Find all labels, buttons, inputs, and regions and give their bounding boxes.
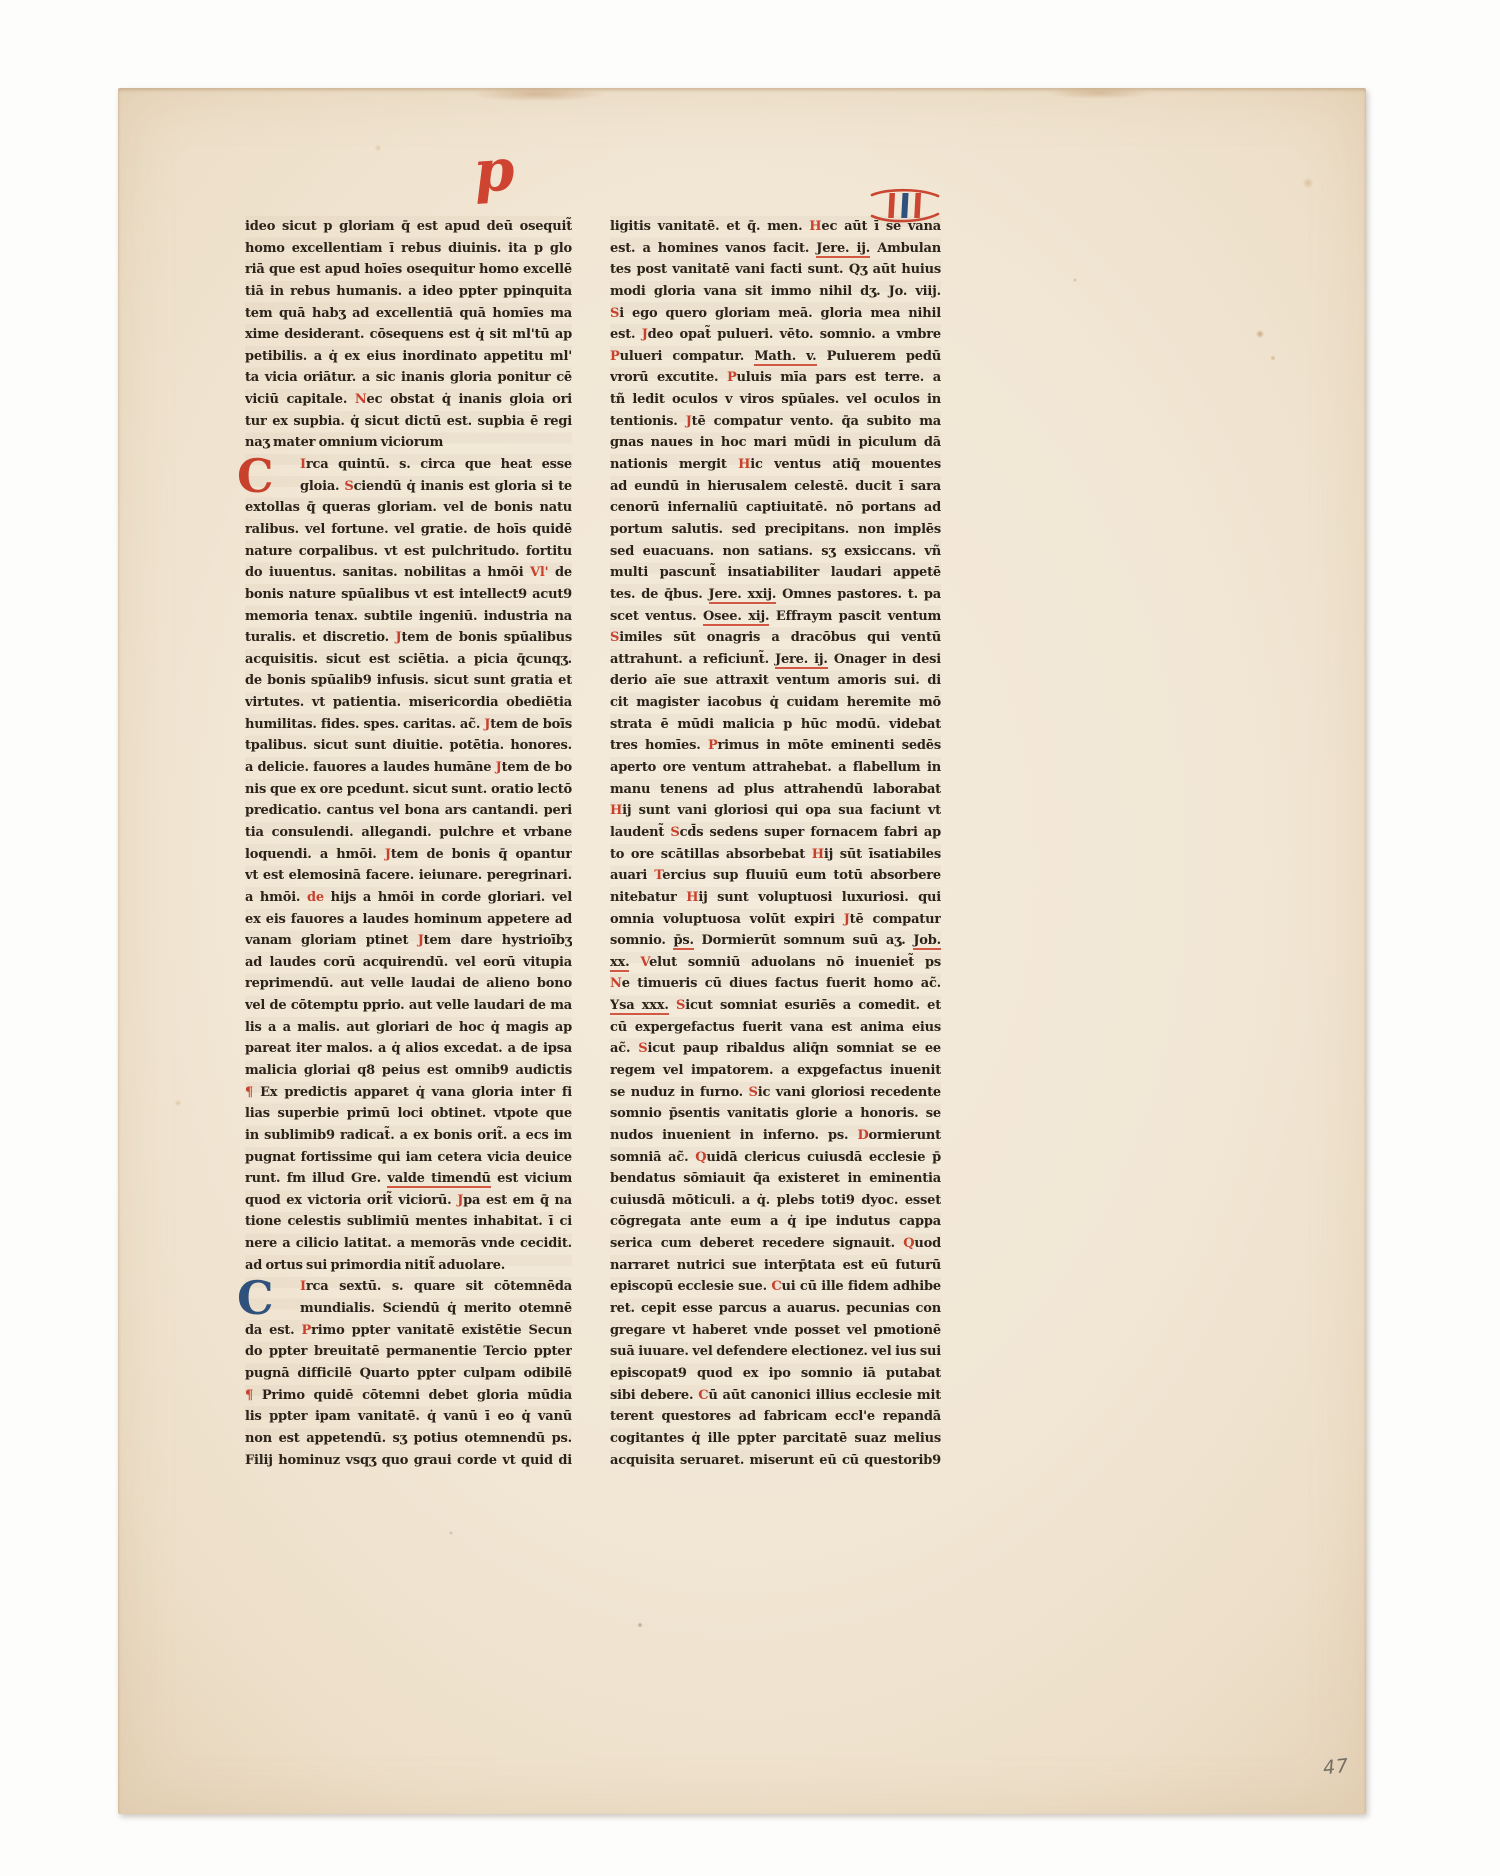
text-run: pugnat fortissime qui iam cetera vicia d… (245, 1150, 572, 1165)
text-line: Similes sūt onagris a dracōbus qui ven… (610, 627, 941, 649)
text-line: malicia gloriai q8 peius est omnib9 audi… (245, 1060, 572, 1082)
text-line: petibilis. a q̇ ex eius inordinato appet… (245, 346, 572, 368)
text-run: ciendū q̇ inanis est gloria si te (354, 479, 572, 494)
rubricated-run: S (676, 998, 685, 1013)
rubricated-run: Jere. ij. (775, 652, 828, 669)
rubricated-run: Job. (913, 933, 941, 950)
text-line: gloia. Sciendū q̇ inanis est gloria si … (300, 476, 572, 498)
rubricated-run: Math. v. (754, 349, 816, 366)
rubricated-run: H (809, 219, 821, 234)
rubricated-run: Osee. xij. (703, 609, 769, 626)
text-run: Omnes pastores. t. pa (776, 587, 941, 602)
text-line: do ppter breuitatē permanentie Tercio p… (245, 1341, 572, 1363)
rubricated-run: S (344, 479, 353, 494)
text-run: ad eundū in hierusalem celestē. ducit … (610, 479, 941, 494)
text-run: do ppter breuitatē permanentie Tercio p… (245, 1344, 572, 1359)
text-run: nudos inuenient in inferno. ps. (610, 1128, 857, 1143)
rubricated-run: valde timendū (387, 1171, 490, 1188)
text-run: ij sunt voluptuosi luxuriosi. qui (698, 890, 941, 905)
text-run: a hmōi. (245, 890, 307, 905)
text-run: se nuduz in furno. (610, 1085, 749, 1100)
rubricated-run: ¶ (245, 1085, 260, 1100)
text-line: tur ex supbia. q̇ sicut dictū est. supb… (245, 411, 572, 433)
drop-cap-initial: C (237, 455, 273, 497)
text-line: vanam gloriam ptinet Jtem dare hystrioī… (245, 930, 572, 952)
text-run: rimo ppter vanitatē existētie Secun (311, 1323, 572, 1338)
text-run: gregare vt haberet vnde posset vel pmoti… (610, 1323, 941, 1338)
text-line: mundialis. Sciendū q̇ merito otemnē (300, 1298, 572, 1320)
rubricated-run: Vl' (530, 565, 548, 580)
text-run: cd̄s sedens super fornacem fabri ap (680, 825, 941, 840)
text-run: tpalibus. sicut sunt diuitie. potētia. … (245, 738, 572, 753)
text-run: attrahunt. a reficiunt̃. (610, 652, 775, 667)
text-run: ligitis vanitatē. et q̄. men. (610, 219, 809, 234)
text-run: multi pascunt̃ insatiabiliter laudari ap… (610, 565, 941, 580)
rubricated-run: P (708, 738, 718, 753)
text-run: somniā ac̃. (610, 1150, 695, 1165)
text-line: homo excellentiam ī rebus diuinis. ita … (245, 238, 572, 260)
text-line: ad eundū in hierusalem celestē. ducit … (610, 476, 941, 498)
text-run: serica cum deberet recedere signauit. (610, 1236, 903, 1251)
text-run: uidā clericus cuiusdā ecclesie p̄ (706, 1150, 941, 1165)
text-line: ret. cepit esse parcus a auarus. pecunia… (610, 1298, 941, 1320)
text-line: ideo sicut p gloriam q̄ est apud deū os… (245, 216, 572, 238)
text-run: rca quintū. s. circa que heat esse inan… (300, 457, 572, 476)
rubricated-run: P (727, 370, 737, 385)
text-line: Hij sunt vani gloriosi qui opa sua faciu… (610, 800, 941, 822)
text-run: a delicie. fauores a laudes humāne (245, 760, 496, 775)
rubricated-run: S (610, 306, 619, 321)
text-line: ac̃. Sicut paup ribaldus aliq̄n somniat … (610, 1038, 941, 1060)
text-line: da est. Primo ppter vanitatē existētie… (245, 1320, 572, 1342)
text-run: de bonis spūalib9 infusis. sicut sunt g… (245, 673, 572, 688)
text-line: nis que ex ore pcedunt. sicut sunt. orat… (245, 779, 572, 801)
text-run: manu tenens ad plus attrahendū laboraba… (610, 782, 941, 797)
text-run: icut somniat esuriēs a comedit. et (685, 998, 941, 1013)
text-run: cogitantes q̇ ille ppter parcitatē suaz… (610, 1431, 941, 1446)
rubricated-run: S (610, 630, 619, 645)
text-run: imiles sūt onagris a dracōbus qui vent… (619, 630, 941, 645)
text-run: suā iuuare. vel defendere electionez. v… (610, 1344, 941, 1359)
rubricated-run: Jere. ij. (816, 241, 870, 258)
text-run: homo excellentiam ī rebus diuinis. ita … (245, 241, 572, 256)
text-run: tem dare hystrioībʒ (424, 933, 572, 948)
text-run: ic ventus atiq̄ mouentes (750, 457, 941, 472)
text-run: ui cū ille fidem adhibe (781, 1279, 941, 1294)
text-run: riā que est apud hoīes osequitur homo … (245, 262, 572, 277)
text-run: portum salutis. sed precipitans. non imp… (610, 522, 941, 537)
text-run: elut somniū aduolans nō inueniet̃ ps (649, 955, 941, 970)
text-run: terent questores ad fabricam eccl'e repa… (610, 1409, 941, 1424)
text-run: tem de bo (502, 760, 572, 775)
rubricated-run: C (771, 1279, 781, 1294)
text-run: somnio p̄sentis vanitatis glorie a honor… (610, 1106, 941, 1121)
text-line: tres homīes. Primus in mōte eminenti s… (610, 735, 941, 757)
text-run: pa est em q̄ na (463, 1193, 572, 1208)
text-column-right: ligitis vanitatē. et q̄. men. Hec aūt … (610, 216, 941, 1471)
text-run: reprimendū. aut velle laudai de alieno … (245, 976, 572, 991)
text-line: naʒ mater omnium viciorum (245, 432, 572, 454)
text-run: malicia gloriai q8 peius est omnib9 audi… (245, 1063, 572, 1078)
text-run: pugnā difficilē Quarto ppter culpam od… (245, 1366, 572, 1381)
text-line: somniā ac̃. Quidā clericus cuiusdā ec… (610, 1147, 941, 1169)
text-line: non est appetendū. sʒ potius otemnendū… (245, 1428, 572, 1450)
text-line: modi gloria vana sit immo nihil dʒ. Jo. … (610, 281, 941, 303)
text-run: ic vani gloriosi recedente (758, 1085, 941, 1100)
rubricated-run: V (640, 955, 649, 970)
text-line: do iuuentus. sanitas. nobilitas a hmōi … (245, 562, 572, 584)
text-line: regem vel impatorem. a expgefactus inuen… (610, 1060, 941, 1082)
text-run: hijs a hmōi in corde gloriari. vel (324, 890, 572, 905)
text-run: cit magister iacobus q̇ cuidam heremite … (610, 695, 941, 710)
text-run: est vicium (491, 1171, 572, 1186)
text-line: Filij hominuz vsqʒ quo graui corde vt qu… (245, 1450, 572, 1472)
text-run: tem quā habʒ ad excellentiā quā homī… (245, 306, 572, 321)
text-run: ū aūt canonici illius ecclesie mit (708, 1388, 941, 1403)
text-run: tē compatur vento. q̄a subito ma (692, 414, 941, 429)
text-line: a delicie. fauores a laudes humāne Jtem… (245, 757, 572, 779)
text-run: acquisitis. sicut est sciētia. a picia … (245, 652, 572, 667)
text-line: ex eis fauores a laudes hominum appetere… (245, 909, 572, 931)
text-line: vel de cōtemptu pprio. aut velle laudar… (245, 995, 572, 1017)
text-run: ulueri compatur. (620, 349, 755, 364)
rubricated-run: H (610, 803, 622, 818)
text-run: tē compatur (850, 912, 941, 927)
text-run: Filij hominuz vsqʒ quo graui corde vt qu… (245, 1453, 572, 1468)
headline-signature-letter: p (472, 138, 537, 212)
text-run: ij sunt vani gloriosi qui opa sua faciun… (622, 803, 941, 818)
text-line: Irca sextū. s. quare sit cōtemnēda gl… (300, 1276, 572, 1298)
text-line: turalis. et discretio. Jtem de bonis spu… (245, 627, 572, 649)
text-run: laudent̃ (610, 825, 670, 840)
text-run: somnio. (610, 933, 673, 948)
text-column-left: ideo sicut p gloriam q̄ est apud deū os… (245, 216, 572, 1471)
rubricated-run: C (698, 1388, 708, 1403)
rubricated-run: de (307, 890, 324, 905)
text-run: auari (610, 868, 654, 883)
text-line: se nuduz in furno. Sic vani gloriosi rec… (610, 1082, 941, 1104)
text-line: strata ē mūdi malicia p hūc modū. vi… (610, 714, 941, 736)
text-run: viciū capitale. (245, 392, 355, 407)
text-line: laudent̃ Scd̄s sedens super fornacem fab… (610, 822, 941, 844)
text-run: cenorū infernaliū captiuitatē. nō po… (610, 500, 941, 515)
text-line: ad laudes corū acquirendū. vel eorū v… (245, 952, 572, 974)
rubricated-run: Ysa xxx. (610, 998, 669, 1015)
text-line: vrorū excutite. Puluis mīa pars est te… (610, 367, 941, 389)
text-line: de bonis spūalib9 infusis. sicut sunt g… (245, 670, 572, 692)
rubricated-run: p̄s. (673, 933, 693, 950)
text-line: virtutes. vt patientia. misericordia obe… (245, 692, 572, 714)
text-line: cuiusdā mōticuli. a q̇. plebs toti9 dy… (610, 1190, 941, 1212)
text-run: predicatio. cantus vel bona ars cantandi… (245, 803, 572, 818)
text-run: ta vicia oriātur. a sic inanis gloria p… (245, 370, 572, 385)
text-line: sibi debere. Cū aūt canonici illius ec… (610, 1385, 941, 1407)
text-line: xx. Velut somniū aduolans nō inueniet̃… (610, 952, 941, 974)
text-line: est. Jdeo opat̃ pulueri. vēto. somnio. … (610, 324, 941, 346)
text-run: bonis nature spūalibus vt est intellect… (245, 587, 572, 602)
text-line: tes. de q̄bus. Jere. xxij. Omnes pastore… (610, 584, 941, 606)
text-run: acquisita seruaret. miserunt eū cū que… (610, 1453, 941, 1468)
text-run: lis ppter ipam vanitatē. q̇ vanū ī eo… (245, 1409, 572, 1424)
text-line: multi pascunt̃ insatiabiliter laudari ap… (610, 562, 941, 584)
text-line: pugnā difficilē Quarto ppter culpam od… (245, 1363, 572, 1385)
text-run: gloia. (300, 479, 344, 494)
text-run: episcopat9 quod ex ipo somnio iā putaba… (610, 1366, 941, 1381)
rubricated-run: H (738, 457, 750, 472)
text-run: virtutes. vt patientia. misericordia obe… (245, 695, 572, 710)
text-run: nitebatur (610, 890, 686, 905)
rubricated-run: H (686, 890, 698, 905)
initial-block: CIrca quintū. s. circa que heat esse in… (245, 454, 572, 497)
text-line: Si ego quero gloriam meā. gloria mea ni… (610, 303, 941, 325)
text-line: ¶ Ex predictis apparet q̇ vana gloria in… (245, 1082, 572, 1104)
text-line: cenorū infernaliū captiuitatē. nō po… (610, 497, 941, 519)
text-run: loquendi. a hmōi. (245, 847, 385, 862)
text-run: ormierunt (869, 1128, 941, 1143)
text-line: gregare vt haberet vnde posset vel pmoti… (610, 1320, 941, 1342)
text-line: ligitis vanitatē. et q̄. men. Hec aūt … (610, 216, 941, 238)
text-run: e timueris cū diues factus fuerit homo … (622, 976, 941, 991)
text-line: gnas naues in hoc mari mūdi in piculum … (610, 432, 941, 454)
text-line: nudos inuenient in inferno. ps. Dormieru… (610, 1125, 941, 1147)
text-line: to ore scātillas absorbebat Hij sūt ī… (610, 844, 941, 866)
text-line: narraret nutrici sue interp̄tata est eū… (610, 1255, 941, 1277)
text-line: tione celestis sublimiū mentes inhabita… (245, 1211, 572, 1233)
text-line: cōgregata ante eum a q̇ ipe indutus cap… (610, 1211, 941, 1233)
text-run: sed euacuans. non satians. sʒ exsiccans.… (610, 544, 941, 559)
text-line: auari Tercius sup fluuiū eum totū abso… (610, 865, 941, 887)
text-run: episcopū ecclesie sue. (610, 1279, 771, 1294)
text-run: tem de bonis q̄ opantur (391, 847, 572, 862)
text-run: tñ ledit oculos v viros spūales. vel o… (610, 392, 941, 407)
text-line: Ysa xxx. Sicut somniat esuriēs a comedi… (610, 995, 941, 1017)
text-run: to ore scātillas absorbebat (610, 847, 812, 862)
text-run: mundialis. Sciendū q̇ merito otemnē (300, 1301, 572, 1316)
text-run: Puluerem pedū (817, 349, 941, 364)
text-line: episcopat9 quod ex ipo somnio iā putaba… (610, 1363, 941, 1385)
rubricated-run: S (670, 825, 679, 840)
text-run: vanam gloriam ptinet (245, 933, 418, 948)
text-run: tes post vanitatē vani facti sunt. Qʒ a… (610, 262, 941, 277)
text-line: ad ortus sui primordia nitit̃ aduolare. (245, 1255, 572, 1277)
text-run: ad laudes corū acquirendū. vel eorū v… (245, 955, 572, 970)
text-line: tpalibus. sicut sunt diuitie. potētia. … (245, 735, 572, 757)
rubricated-run: P (610, 349, 620, 364)
text-run: runt. fm illud Gre. (245, 1171, 387, 1186)
text-line: nationis mergit Hic ventus atiq̄ mouente… (610, 454, 941, 476)
text-run: icut paup ribaldus aliq̄n somniat se ee (647, 1041, 941, 1056)
text-run: tem de boīs (490, 717, 572, 732)
text-line: predicatio. cantus vel bona ars cantandi… (245, 800, 572, 822)
incunable-leaf: p ideo sicut p gloriam q̄ est apud deū … (118, 88, 1366, 1814)
text-line: Ne timueris cū diues factus fuerit homo… (610, 973, 941, 995)
rubricated-run: Jere. xxij. (709, 587, 777, 604)
text-run: gnas naues in hoc mari mūdi in piculum … (610, 435, 941, 450)
text-run: pareat iter malos. a q̇ alios excedat. a… (245, 1041, 572, 1056)
text-line: attrahunt. a reficiunt̃. Jere. ij. Onage… (610, 649, 941, 671)
text-run: de (548, 565, 572, 580)
text-run: memoria tenax. subtile ingeniū. industr… (245, 609, 572, 624)
text-run: omnia voluptuosa volūt expiri (610, 912, 844, 927)
text-line: bonis nature spūalibus vt est intellect… (245, 584, 572, 606)
text-line: lias superbie primū loci obtinet. vtpot… (245, 1103, 572, 1125)
text-run: tia consulendi. allegandi. pulchre et vr… (245, 825, 572, 840)
text-line: est. a homines vanos facit. Jere. ij. Am… (610, 238, 941, 260)
text-run: naʒ mater omnium viciorum (245, 435, 443, 450)
text-run: lis a a malis. aut gloriari de hoc q̇ ma… (245, 1020, 572, 1035)
text-run: non est appetendū. sʒ potius otemnendū… (245, 1431, 572, 1446)
text-line: tñ ledit oculos v viros spūales. vel o… (610, 389, 941, 411)
text-run: Onager in desi (828, 652, 941, 667)
text-run: nationis mergit (610, 457, 738, 472)
text-run: derio aīe sue attraxit ventum amoris su… (610, 673, 941, 688)
text-line: runt. fm illud Gre. valde timendū est v… (245, 1168, 572, 1190)
text-run: tione celestis sublimiū mentes inhabita… (245, 1214, 572, 1229)
text-run: strata ē mūdi malicia p hūc modū. vi… (610, 717, 941, 732)
text-run: tentionis. (610, 414, 686, 429)
text-run: modi gloria vana sit immo nihil dʒ. Jo. … (610, 284, 941, 299)
text-run: lias superbie primū loci obtinet. vtpot… (245, 1106, 572, 1121)
text-line: sed euacuans. non satians. sʒ exsiccans.… (610, 541, 941, 563)
text-line: nere a cilicio latitat. a memorās vnde … (245, 1233, 572, 1255)
text-run: cū expergefactus fuerit vana est anima … (610, 1020, 941, 1035)
text-run: Dormierūt somnum suū aʒ. (694, 933, 914, 948)
text-line: scet ventus. Osee. xij. Effraym pascit v… (610, 606, 941, 628)
text-run: ad ortus sui primordia nitit̃ aduolare. (245, 1258, 505, 1273)
pencil-foliation-number: 47 (1322, 1755, 1350, 1780)
text-run: uluis mīa pars est terre. a (737, 370, 941, 385)
text-line: aperto ore ventum attrahebat. a flabellu… (610, 757, 941, 779)
text-run: vrorū excutite. (610, 370, 727, 385)
text-run: xime desiderant. cōsequens est q̇ sit m… (245, 327, 572, 342)
text-line: tem quā habʒ ad excellentiā quā homī… (245, 303, 572, 325)
text-run: ercius sup fluuiū eum totū absorbere (662, 868, 941, 883)
text-line: viciū capitale. Nec obstat q̇ inanis gl… (245, 389, 572, 411)
text-run: ij sūt īsatiabiles (824, 847, 941, 862)
text-line: cogitantes q̇ ille ppter parcitatē suaz… (610, 1428, 941, 1450)
text-run: est. a homines vanos facit. (610, 241, 816, 256)
text-run: ralibus. vel fortune. vel gratie. de hoi… (245, 522, 572, 537)
text-line: somnio p̄sentis vanitatis glorie a honor… (610, 1103, 941, 1125)
text-line: lis a a malis. aut gloriari de hoc q̇ ma… (245, 1017, 572, 1039)
text-run (669, 998, 676, 1013)
text-line: memoria tenax. subtile ingeniū. industr… (245, 606, 572, 628)
text-line: terent questores ad fabricam eccl'e repa… (610, 1406, 941, 1428)
text-run: quod ex victoria orit̃ viciorū. (245, 1193, 457, 1208)
rubricated-run: S (749, 1085, 758, 1100)
text-run: rimus in mōte eminenti sedēs (718, 738, 941, 753)
text-run: narraret nutrici sue interp̄tata est eū… (610, 1258, 941, 1273)
initial-block: CIrca sextū. s. quare sit cōtemnēda g… (245, 1276, 572, 1319)
text-line: somnio. p̄s. Dormierūt somnum suū aʒ. … (610, 930, 941, 952)
rubricated-run: xx. (610, 955, 629, 972)
text-run: do iuuentus. sanitas. nobilitas a hmōi (245, 565, 530, 580)
rubricated-run: Q (903, 1236, 914, 1251)
text-line: xime desiderant. cōsequens est q̇ sit m… (245, 324, 572, 346)
rubricated-run: D (857, 1128, 868, 1143)
text-run: Effraym pascit ventum (769, 609, 941, 624)
text-run: ac̃. (610, 1041, 638, 1056)
text-run: tres homīes. (610, 738, 708, 753)
text-line: reprimendū. aut velle laudai de alieno … (245, 973, 572, 995)
text-line: nitebatur Hij sunt voluptuosi luxuriosi.… (610, 887, 941, 909)
rubricated-run: P (302, 1323, 312, 1338)
text-line: pareat iter malos. a q̇ alios excedat. a… (245, 1038, 572, 1060)
text-line: acquisitis. sicut est sciētia. a picia … (245, 649, 572, 671)
text-run: extollas q̄ queras gloriam. vel de bonis… (245, 500, 572, 515)
text-line: derio aīe sue attraxit ventum amoris su… (610, 670, 941, 692)
text-run: tes. de q̄bus. (610, 587, 709, 602)
text-line: bendatus sōmiauit q̄a existeret in emin… (610, 1168, 941, 1190)
text-line: pugnat fortissime qui iam cetera vicia d… (245, 1147, 572, 1169)
text-line: manu tenens ad plus attrahendū laboraba… (610, 779, 941, 801)
text-run: tem de bonis spūalibus (401, 630, 572, 645)
text-run: rca sextū. s. quare sit cōtemnēda glo… (300, 1279, 572, 1298)
text-run: ex eis fauores a laudes hominum appetere… (245, 912, 572, 927)
text-line: lis ppter ipam vanitatē. q̇ vanū ī eo… (245, 1406, 572, 1428)
text-run: deo opat̃ pulueri. vēto. somnio. a vmbr… (648, 327, 941, 342)
text-run: vel de cōtemptu pprio. aut velle laudar… (245, 998, 572, 1013)
text-line: episcopū ecclesie sue. Cui cū ille fid… (610, 1276, 941, 1298)
text-line: acquisita seruaret. miserunt eū cū que… (610, 1450, 941, 1472)
text-run: ret. cepit esse parcus a auarus. pecunia… (610, 1301, 941, 1316)
text-run: Ex predictis apparet q̇ vana gloria inte… (260, 1085, 572, 1100)
text-run: regem vel impatorem. a expgefactus inuen… (610, 1063, 941, 1078)
text-run: i ego quero gloriam meā. gloria mea nih… (619, 306, 941, 321)
text-run: est. (610, 327, 642, 342)
text-run: vt est elemosinā facere. ieiunare. pere… (245, 868, 572, 883)
text-line: quod ex victoria orit̃ viciorū. Jpa est… (245, 1190, 572, 1212)
text-line: ralibus. vel fortune. vel gratie. de hoi… (245, 519, 572, 541)
text-run: sibi debere. (610, 1388, 698, 1403)
text-line: Pulueri compatur. Math. v. Puluerem pedu… (610, 346, 941, 368)
text-run: nere a cilicio latitat. a memorās vnde … (245, 1236, 572, 1251)
text-run: turalis. et discretio. (245, 630, 396, 645)
text-run: tur ex supbia. q̇ sicut dictū est. supb… (245, 414, 572, 429)
text-line: nature corpalibus. vt est pulchritudo. f… (245, 541, 572, 563)
text-line: serica cum deberet recedere signauit. Qu… (610, 1233, 941, 1255)
text-run: ec obstat q̇ inanis gloia ori (367, 392, 572, 407)
text-line: in sublimib9 radicat̃. a ex bonis orit̃.… (245, 1125, 572, 1147)
text-run: bendatus sōmiauit q̄a existeret in emin… (610, 1171, 941, 1186)
rubricated-run: N (610, 976, 622, 991)
text-line: riā que est apud hoīes osequitur homo … (245, 259, 572, 281)
text-run: petibilis. a q̇ ex eius inordinato appet… (245, 349, 572, 364)
text-line: ta vicia oriātur. a sic inanis gloria p… (245, 367, 572, 389)
text-line: humilitas. fides. spes. caritas. ac̃. Jt… (245, 714, 572, 736)
text-run: tiā in rebus humanis. a ideo ppter ppin… (245, 284, 572, 299)
text-run: aperto ore ventum attrahebat. a flabellu… (610, 760, 941, 775)
text-run: humilitas. fides. spes. caritas. ac̃. (245, 717, 484, 732)
text-run: scet ventus. (610, 609, 703, 624)
text-line: extollas q̄ queras gloriam. vel de bonis… (245, 497, 572, 519)
text-line: tia consulendi. allegandi. pulchre et vr… (245, 822, 572, 844)
text-run: Ambulan (870, 241, 941, 256)
text-run: ec aūt ī se vana (821, 219, 941, 234)
text-line: cit magister iacobus q̇ cuidam heremite … (610, 692, 941, 714)
text-run: cōgregata ante eum a q̇ ipe indutus cap… (610, 1214, 941, 1229)
text-line: ¶ Primo quidē cōtemni debet gloria mū… (245, 1385, 572, 1407)
rubricated-run: ¶ (245, 1388, 262, 1403)
text-line: portum salutis. sed precipitans. non imp… (610, 519, 941, 541)
text-run: Primo quidē cōtemni debet gloria mūdi… (262, 1388, 572, 1403)
text-run (629, 955, 640, 970)
text-line: tentionis. Jtē compatur vento. q̄a subi… (610, 411, 941, 433)
text-line: Irca quintū. s. circa que heat esse ina… (300, 454, 572, 476)
text-run: in sublimib9 radicat̃. a ex bonis orit̃.… (245, 1128, 572, 1143)
rubricated-run: N (355, 392, 367, 407)
rubricated-run: Q (695, 1150, 706, 1165)
